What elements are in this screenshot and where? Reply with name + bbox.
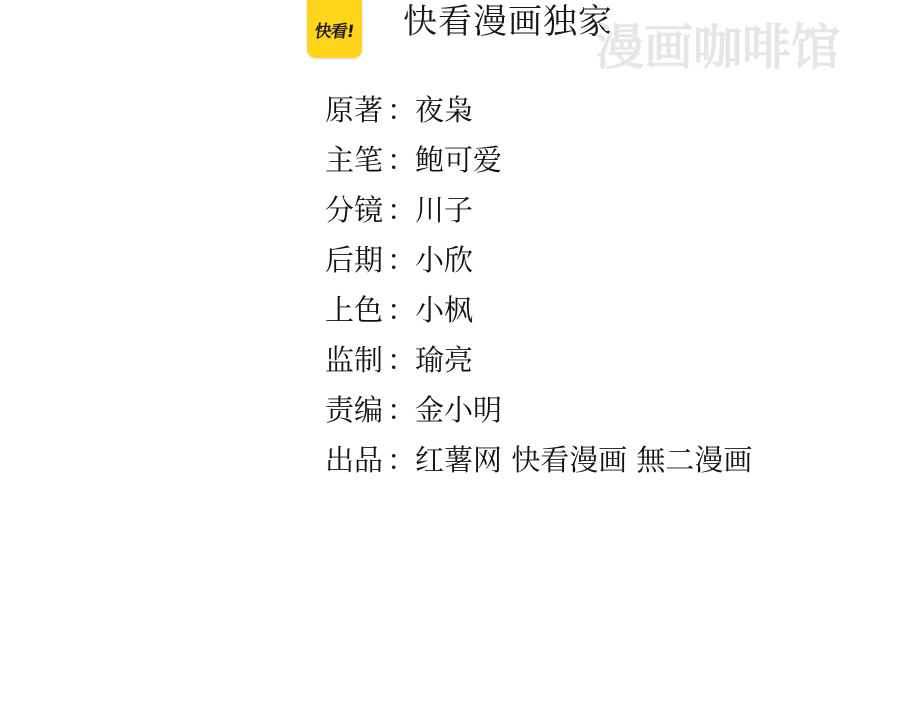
credit-colon: ： bbox=[387, 342, 415, 378]
credit-row-original-author: 原著 ： 夜枭 bbox=[325, 92, 752, 142]
credit-value: 夜枭 bbox=[415, 92, 473, 128]
credit-value: 川子 bbox=[415, 192, 473, 228]
credit-colon: ： bbox=[387, 192, 415, 228]
credit-value: 红薯网 快看漫画 無二漫画 bbox=[415, 442, 752, 478]
credit-value: 小欣 bbox=[415, 242, 473, 278]
credit-colon: ： bbox=[387, 292, 415, 328]
exclusive-banner-title: 快看漫画独家 bbox=[403, 2, 613, 42]
credit-colon: ： bbox=[387, 92, 415, 128]
credit-colon: ： bbox=[387, 242, 415, 278]
credit-role: 主笔 bbox=[325, 142, 387, 178]
credit-role: 分镜 bbox=[325, 192, 387, 228]
credit-role: 上色 bbox=[325, 292, 387, 328]
credit-colon: ： bbox=[387, 392, 415, 428]
credit-value: 瑜亮 bbox=[415, 342, 473, 378]
kuaikan-logo-icon: 快看! bbox=[307, 0, 362, 58]
credits-list: 原著 ： 夜枭 主笔 ： 鲍可爱 分镜 ： 川子 后期 ： 小欣 上色 ： 小枫… bbox=[325, 92, 752, 492]
credit-role: 后期 bbox=[325, 242, 387, 278]
credit-row-editor: 责编 ： 金小明 bbox=[325, 392, 752, 442]
credit-value: 鲍可爱 bbox=[415, 142, 502, 178]
credit-colon: ： bbox=[387, 442, 415, 478]
credit-row-post-production: 后期 ： 小欣 bbox=[325, 242, 752, 292]
credit-row-coloring: 上色 ： 小枫 bbox=[325, 292, 752, 342]
watermark: 漫画咖啡馆 bbox=[595, 20, 840, 76]
credit-row-storyboard: 分镜 ： 川子 bbox=[325, 192, 752, 242]
credit-colon: ： bbox=[387, 142, 415, 178]
credit-row-lead-artist: 主笔 ： 鲍可爱 bbox=[325, 142, 752, 192]
credit-role: 原著 bbox=[325, 92, 387, 128]
credit-role: 出品 bbox=[325, 442, 387, 478]
credit-role: 责编 bbox=[325, 392, 387, 428]
credit-row-supervisor: 监制 ： 瑜亮 bbox=[325, 342, 752, 392]
credit-row-producer: 出品 ： 红薯网 快看漫画 無二漫画 bbox=[325, 442, 752, 492]
credit-value: 金小明 bbox=[415, 392, 502, 428]
credit-role: 监制 bbox=[325, 342, 387, 378]
credit-value: 小枫 bbox=[415, 292, 473, 328]
logo-text: 快看! bbox=[313, 17, 355, 42]
